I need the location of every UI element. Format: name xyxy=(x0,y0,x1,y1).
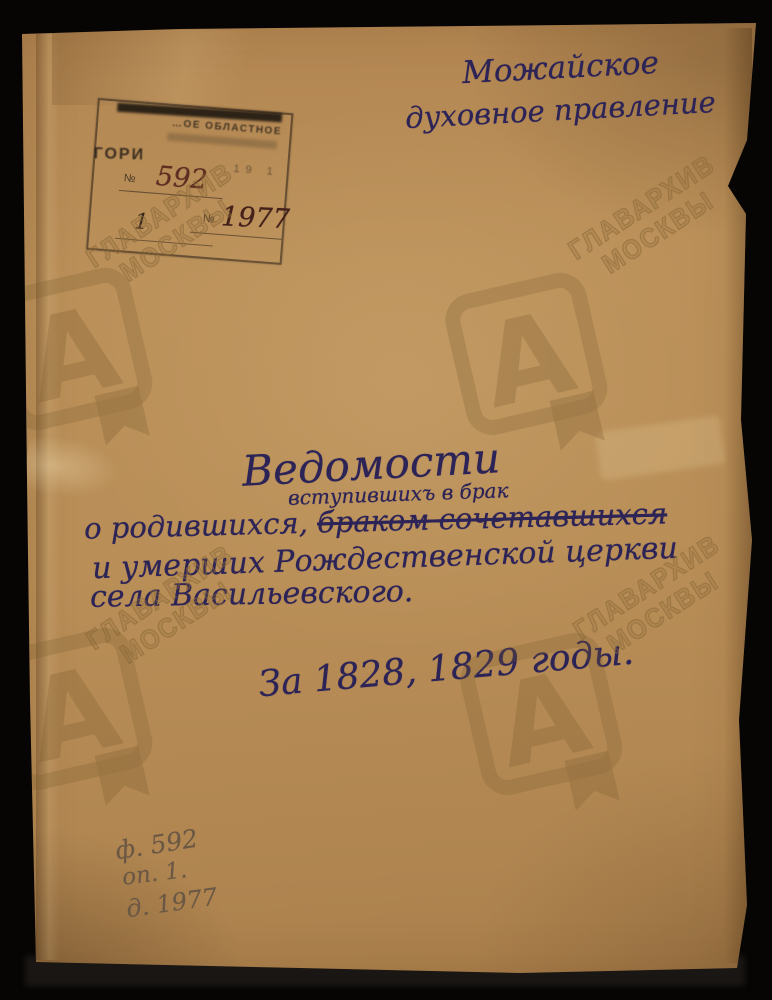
paper-fold xyxy=(52,30,292,105)
watermark-archive-logo-icon: А xyxy=(0,258,169,472)
watermark-logo-letter: А xyxy=(15,640,131,789)
stamp-date-fragment: 19 1 xyxy=(233,163,279,179)
stamp-delo-number-sign: № xyxy=(202,213,215,226)
watermark-text: ГЛАВАРХИВМОСКВЫ xyxy=(563,149,737,291)
title-line-village: села Васильевского. xyxy=(90,574,414,615)
heading-authority-line1: Можайское xyxy=(461,45,660,91)
stamp-delo-number: 1977 xyxy=(220,201,290,235)
stamp-fond-number-sign: № xyxy=(123,172,136,185)
stamp-left-fragment: ГОРИ xyxy=(93,145,145,164)
watermark-logo-letter: А xyxy=(15,280,131,429)
pencil-fond-ref: ф. 592 xyxy=(113,824,200,866)
scanned-page: …ОЕ ОБЛАСТНОЕ ГОРИ 19 1 № 592 № 1977 1 М… xyxy=(0,0,772,1000)
archive-stamp: …ОЕ ОБЛАСТНОЕ ГОРИ 19 1 № 592 № 1977 1 xyxy=(86,98,293,265)
years-line: За 1828, 1829 годы. xyxy=(257,632,636,706)
stamp-underline xyxy=(115,238,213,247)
torn-edge-shading xyxy=(714,28,752,963)
stamp-fond-number: 592 xyxy=(155,161,209,196)
title-births-prefix: о родившихся, xyxy=(84,506,309,546)
watermark-archive-logo-icon: А xyxy=(0,618,169,832)
stamp-opis-number: 1 xyxy=(133,209,149,235)
paper-crease xyxy=(36,34,60,960)
heading-authority-line2: духовное правление xyxy=(404,85,716,135)
watermark-line1: ГЛАВАРХИВ xyxy=(563,149,720,266)
watermark-line2: МОСКВЫ xyxy=(597,186,719,280)
paper-tear xyxy=(23,432,125,503)
tape-patch xyxy=(595,416,725,481)
document-cover: …ОЕ ОБЛАСТНОЕ ГОРИ 19 1 № 592 № 1977 1 М… xyxy=(0,0,772,1000)
watermark-logo-letter: А xyxy=(470,285,586,434)
